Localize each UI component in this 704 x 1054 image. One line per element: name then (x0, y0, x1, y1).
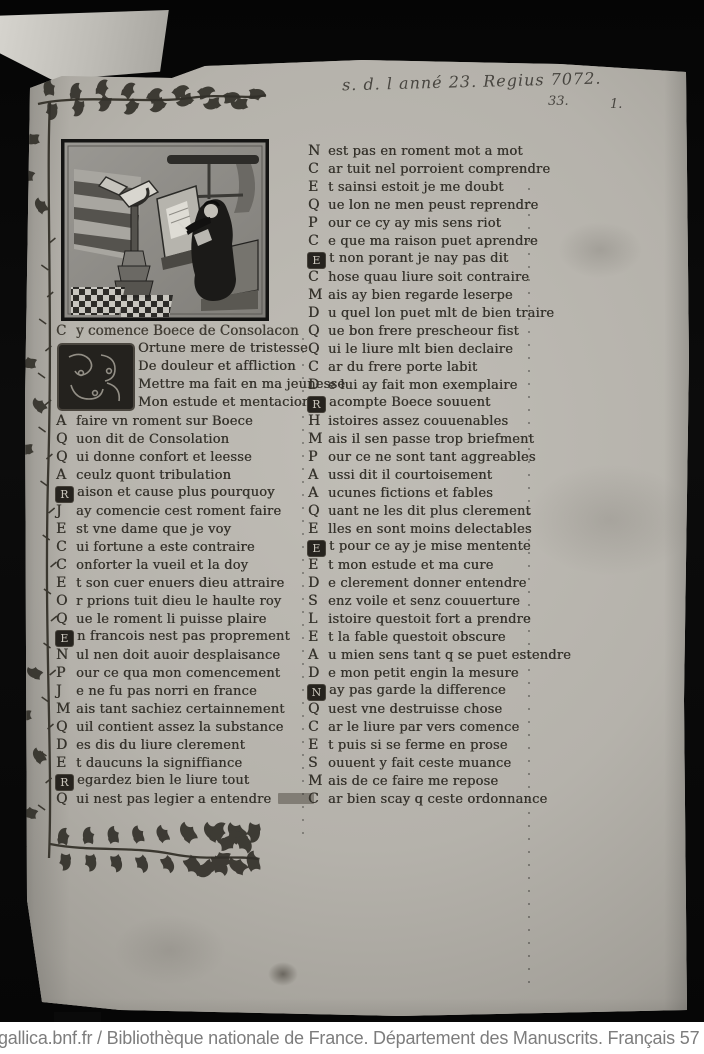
line-text: ar bien scay q ceste ordonnance (328, 792, 547, 807)
line-initial: Q (56, 718, 76, 736)
line-initial: C (308, 160, 328, 178)
manuscript-line: Qui nest pas legier a entendre (56, 790, 308, 808)
line-text: ui fortune a este contraire (76, 540, 255, 555)
line-initial: E (56, 520, 76, 538)
manuscript-line: Mais tant sachiez certainnement (56, 700, 308, 718)
line-initial: H (308, 412, 328, 430)
manuscript-line: Chose quau liure soit contraire (308, 268, 546, 286)
line-text: De douleur et affliction (138, 359, 296, 374)
line-initial: S (308, 754, 328, 772)
line-text: uil contient assez la substance (76, 720, 283, 735)
line-initial: E (56, 754, 76, 772)
line-initial: A (308, 466, 328, 484)
line-initial: E (308, 253, 325, 268)
manuscript-line: Senz voile et senz couuerture (308, 592, 546, 610)
line-text: enz voile et senz couuerture (328, 594, 520, 609)
line-text: t non porant je nay pas dit (329, 251, 508, 266)
manuscript-line: Et la fable questoit obscure (308, 628, 546, 646)
manuscript-line: Que bon frere prescheour fist (308, 322, 546, 340)
rubric-initial: C (56, 322, 76, 340)
line-initial: P (308, 214, 328, 232)
line-text: st vne dame que je voy (76, 522, 231, 537)
line-text: ais il sen passe trop briefment (328, 432, 534, 447)
line-text: ue lon ne men peust reprendre (328, 198, 538, 213)
folio-number: 1. (610, 97, 622, 112)
manuscript-line: Nul nen doit auoir desplaisance (56, 646, 308, 664)
line-initial: N (308, 142, 328, 160)
margin-dotted-line (528, 188, 530, 984)
line-text: ul nen doit auoir desplaisance (76, 648, 280, 663)
line-initial: J (56, 502, 76, 520)
manuscript-line: Nay pas garde la difference (308, 682, 546, 700)
manuscript-line: Listoire questoit fort a prendre (308, 610, 546, 628)
manuscript-line: De mon petit engin la mesure (308, 664, 546, 682)
line-text: Ortune mere de tristesse (138, 341, 308, 356)
manuscript-line: En francois nest pas proprement (56, 628, 308, 646)
line-text: Mon estude et mentacion (138, 395, 310, 410)
manuscript-line: Car tuit nel porroient comprendre (308, 160, 546, 178)
line-text: es dis du liure clerement (76, 738, 245, 753)
manuscript-line: Mettre ma fait en ma jeunesse (56, 376, 308, 394)
line-initial: Q (56, 610, 76, 628)
line-text: uant ne les dit plus clerement (328, 504, 531, 519)
line-text: ouuent y fait ceste muance (328, 756, 511, 771)
miniature-scribe-illustration (61, 139, 269, 321)
line-initial: E (56, 574, 76, 592)
manuscript-line: Souuent y fait ceste muance (308, 754, 546, 772)
line-text: our ce qua mon comencement (76, 666, 280, 681)
manuscript-line: Et sainsi estoit je me doubt (308, 178, 546, 196)
line-initial: Q (308, 502, 328, 520)
line-initial: M (308, 772, 328, 790)
line-text: lles en sont moins delectables (328, 522, 532, 537)
line-text: uest vne destruisse chose (328, 702, 502, 717)
manuscript-line: Mais ay bien regarde leserpe (308, 286, 546, 304)
manuscript-line: Que le roment li puisse plaire (56, 610, 308, 628)
line-text: uon dit de Consolation (76, 432, 229, 447)
line-initial: D (308, 376, 328, 394)
manuscript-line: Car du frere porte labit (308, 358, 546, 376)
manuscript-line: Qui donne confort et leesse (56, 448, 308, 466)
manuscript-line: Ortune mere de tristesse (56, 340, 308, 358)
manuscript-line: Et puis si se ferme en prose (308, 736, 546, 754)
manuscript-line: Conforter la vueil et la doy (56, 556, 308, 574)
line-initial: R (308, 397, 325, 412)
line-text: e clerement donner entendre (328, 576, 527, 591)
line-text: t puis si se ferme en prose (328, 738, 508, 753)
line-initial: D (308, 304, 328, 322)
line-text: ui donne confort et leesse (76, 450, 252, 465)
manuscript-line: Et pour ce ay je mise mentente (308, 538, 546, 556)
line-text: ceulz quont tribulation (76, 468, 231, 483)
gallica-attribution-text: gallica.bnf.fr / Bibliothèque nationale … (0, 1028, 699, 1049)
line-initial: O (56, 592, 76, 610)
line-text: t pour ce ay je mise mentente (329, 539, 531, 554)
line-initial: S (308, 592, 328, 610)
line-text: est pas en roment mot a mot (328, 144, 523, 159)
line-text: e lui ay fait mon exemplaire (328, 378, 518, 393)
line-text: ue bon frere prescheour fist (328, 324, 519, 339)
manuscript-line: Au mien sens tant q se puet estendre (308, 646, 546, 664)
line-initial: A (308, 484, 328, 502)
right-column-lines: Nest pas en roment mot a mot Car tuit ne… (308, 142, 546, 808)
manuscript-line: De douleur et affliction (56, 358, 308, 376)
line-initial: P (308, 448, 328, 466)
book-fore-edge (0, 10, 174, 80)
line-initial: Q (56, 790, 76, 808)
line-initial: E (308, 736, 328, 754)
manuscript-line: Car le liure par vers comence (308, 718, 546, 736)
folio-number-note: 33. (548, 94, 569, 109)
line-initial: Q (308, 196, 328, 214)
manuscript-line: Elles en sont moins delectables (308, 520, 546, 538)
line-text: u quel lon puet mlt de bien traire (328, 306, 554, 321)
line-text: our ce cy ay mis sens riot (328, 216, 501, 231)
line-text: u mien sens tant q se puet estendre (328, 648, 571, 663)
line-initial: M (308, 286, 328, 304)
line-initial: C (308, 358, 328, 376)
line-initial: Q (308, 700, 328, 718)
line-text: ais ay bien regarde leserpe (328, 288, 513, 303)
manuscript-line: Pour ce cy ay mis sens riot (308, 214, 546, 232)
left-column-lines: Ortune mere de tristesse De douleur et a… (56, 340, 308, 808)
line-initial: A (56, 466, 76, 484)
manuscript-line: Car bien scay q ceste ordonnance (308, 790, 546, 808)
manuscript-line: Aucunes fictions et fables (308, 484, 546, 502)
manuscript-line: Je ne fu pas norri en france (56, 682, 308, 700)
line-initial: C (308, 718, 328, 736)
line-initial: Q (308, 322, 328, 340)
line-initial: E (308, 520, 328, 538)
manuscript-line: Et daucuns la signiffiance (56, 754, 308, 772)
line-text: ui le liure mlt bien declaire (328, 342, 513, 357)
line-initial: D (308, 664, 328, 682)
line-initial: J (56, 682, 76, 700)
line-text: hose quau liure soit contraire (328, 270, 529, 285)
manuscript-line: Quest vne destruisse chose (308, 700, 546, 718)
line-initial: M (308, 430, 328, 448)
line-text: t daucuns la signiffiance (76, 756, 242, 771)
line-text: istoire questoit fort a prendre (328, 612, 531, 627)
line-initial: C (56, 556, 76, 574)
manuscript-line: Afaire vn roment sur Boece (56, 412, 308, 430)
manuscript-line: Mais il sen passe trop briefment (308, 430, 546, 448)
line-initial: Q (308, 340, 328, 358)
line-initial: E (308, 628, 328, 646)
line-initial: R (56, 487, 73, 502)
parchment-stain (268, 962, 298, 986)
manuscript-line: Racompte Boece souuent (308, 394, 546, 412)
line-initial: Q (56, 430, 76, 448)
manuscript-line: Que lon ne men peust reprendre (308, 196, 546, 214)
line-text: e mon petit engin la mesure (328, 666, 519, 681)
line-text: t son cuer enuers dieu attraire (76, 576, 284, 591)
manuscript-line: De lui ay fait mon exemplaire (308, 376, 546, 394)
manuscript-line: Qui le liure mlt bien declaire (308, 340, 546, 358)
line-initial: E (56, 631, 73, 646)
manuscript-line: Ce que ma raison puet aprendre (308, 232, 546, 250)
text-column-left: Cy comence Boece de Consolacon Ortune me… (56, 322, 308, 808)
line-text: t sainsi estoit je me doubt (328, 180, 504, 195)
manuscript-line: Jay comencie cest roment faire (56, 502, 308, 520)
manuscript-line: Quant ne les dit plus clerement (308, 502, 546, 520)
manuscript-line: Cui fortune a este contraire (56, 538, 308, 556)
rubric-text: y comence Boece de Consolacon (76, 323, 299, 339)
line-text: n francois nest pas proprement (77, 629, 290, 644)
gallica-footer-bar: gallica.bnf.fr / Bibliothèque nationale … (0, 1022, 704, 1054)
manuscript-line: Est vne dame que je voy (56, 520, 308, 538)
line-text: ue le roment li puisse plaire (76, 612, 267, 627)
line-text: aison et cause plus pourquoy (77, 485, 275, 500)
line-text: ar le liure par vers comence (328, 720, 519, 735)
line-initial: C (308, 790, 328, 808)
manuscript-line: Mon estude et mentacion (56, 394, 308, 412)
manuscript-line: Du quel lon puet mlt de bien traire (308, 304, 546, 322)
line-text: e que ma raison puet aprendre (328, 234, 538, 249)
line-initial: L (308, 610, 328, 628)
manuscript-line: Aceulz quont tribulation (56, 466, 308, 484)
manuscript-line: Quon dit de Consolation (56, 430, 308, 448)
line-text: ar du frere porte labit (328, 360, 477, 375)
line-text: e ne fu pas norri en france (76, 684, 257, 699)
line-initial: N (308, 685, 325, 700)
line-text: egardez bien le liure tout (77, 773, 249, 788)
manuscript-line: Nest pas en roment mot a mot (308, 142, 546, 160)
line-text: t mon estude et ma cure (328, 558, 494, 573)
manuscript-line: Or prions tuit dieu le haulte roy (56, 592, 308, 610)
line-initial: E (308, 556, 328, 574)
rubric-line: Cy comence Boece de Consolacon (56, 322, 308, 340)
manuscript-line: Et son cuer enuers dieu attraire (56, 574, 308, 592)
line-text: ay pas garde la difference (329, 683, 506, 698)
line-text: ais de ce faire me repose (328, 774, 498, 789)
line-initial: Q (56, 448, 76, 466)
manuscript-line: Regardez bien le liure tout (56, 772, 308, 790)
photo-background: s. d. l anné 23. Regius 7072. 33. 1. (0, 0, 704, 1054)
shelfmark-inscription: s. d. l anné 23. Regius 7072. (342, 69, 602, 95)
line-initial: D (308, 574, 328, 592)
line-initial: A (56, 412, 76, 430)
line-text: t la fable questoit obscure (328, 630, 506, 645)
manuscript-line: Mais de ce faire me repose (308, 772, 546, 790)
line-initial: R (56, 775, 73, 790)
line-initial: C (308, 268, 328, 286)
line-initial: C (56, 538, 76, 556)
line-initial: N (56, 646, 76, 664)
line-text: acompte Boece souuent (329, 395, 490, 410)
line-text: onforter la vueil et la doy (76, 558, 248, 573)
line-text: faire vn roment sur Boece (76, 414, 253, 429)
line-initial: C (308, 232, 328, 250)
manuscript-line: Pour ce qua mon comencement (56, 664, 308, 682)
line-text: ar tuit nel porroient comprendre (328, 162, 550, 177)
manuscript-page: s. d. l anné 23. Regius 7072. 33. 1. (0, 0, 704, 1054)
manuscript-line: Quil contient assez la substance (56, 718, 308, 736)
line-initial: E (308, 541, 325, 556)
line-initial: A (308, 646, 328, 664)
text-column-right: Nest pas en roment mot a mot Car tuit ne… (308, 142, 546, 808)
line-text: ussi dit il courtoisement (328, 468, 492, 483)
line-text: ucunes fictions et fables (328, 486, 493, 501)
manuscript-line: Des dis du liure clerement (56, 736, 308, 754)
manuscript-line: Et mon estude et ma cure (308, 556, 546, 574)
gutter-dotted-line (302, 338, 304, 834)
line-text: r prions tuit dieu le haulte roy (76, 594, 281, 609)
line-text: ui nest pas legier a entendre (76, 792, 314, 807)
line-text: ay comencie cest roment faire (76, 504, 281, 519)
manuscript-line: Pour ce ne sont tant aggreables (308, 448, 546, 466)
manuscript-line: Histoires assez couuenables (308, 412, 546, 430)
line-text: our ce ne sont tant aggreables (328, 450, 536, 465)
line-initial: P (56, 664, 76, 682)
manuscript-line: Et non porant je nay pas dit (308, 250, 546, 268)
line-text: istoires assez couuenables (328, 414, 508, 429)
line-initial: D (56, 736, 76, 754)
line-text: ais tant sachiez certainnement (76, 702, 285, 717)
manuscript-line: Aussi dit il courtoisement (308, 466, 546, 484)
manuscript-line: Raison et cause plus pourquoy (56, 484, 308, 502)
line-initial: M (56, 700, 76, 718)
line-initial: E (308, 178, 328, 196)
manuscript-line: De clerement donner entendre (308, 574, 546, 592)
